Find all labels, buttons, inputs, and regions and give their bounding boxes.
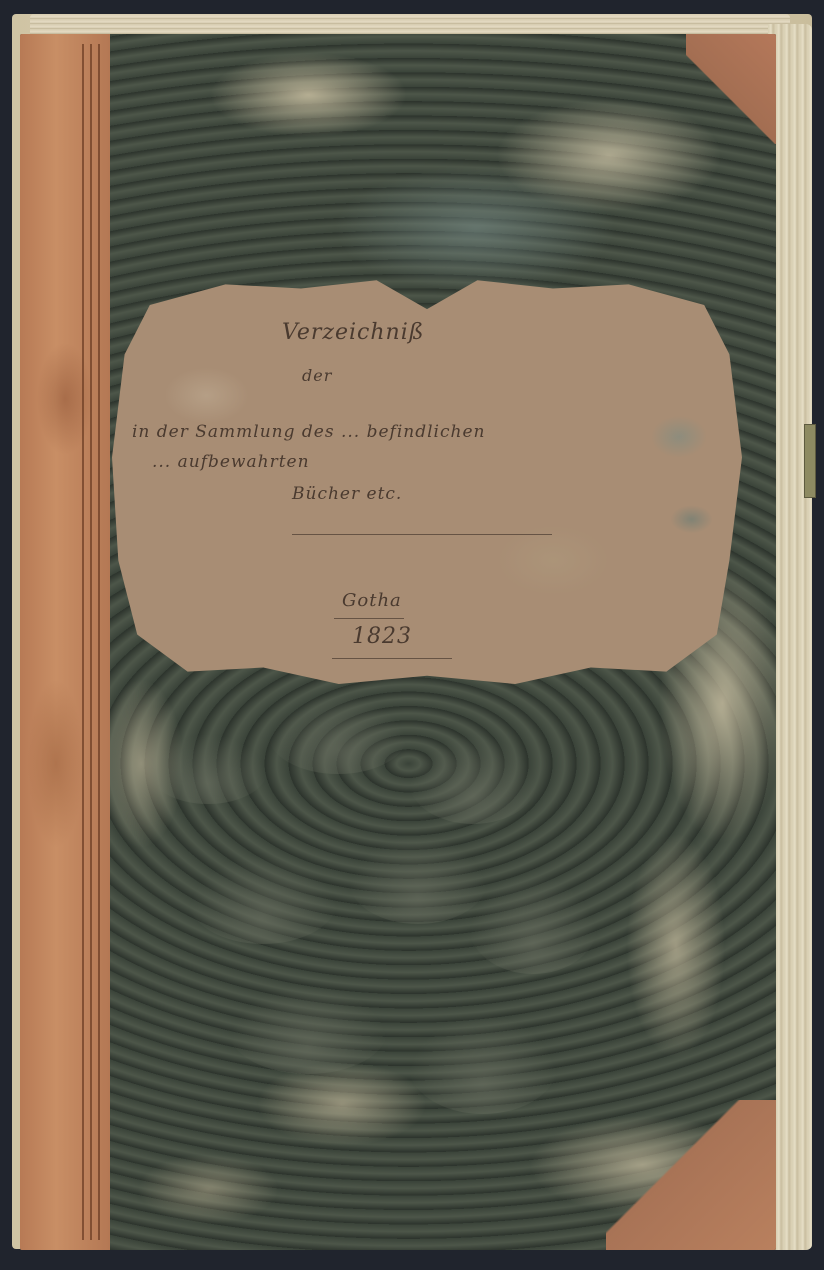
marble-pattern [148, 734, 268, 804]
label-line: ... aufbewahrten [152, 452, 310, 472]
marble-pattern [408, 1014, 558, 1114]
label-line: in der Sammlung des ... befindlichen [132, 422, 485, 442]
marble-pattern [348, 834, 488, 924]
marble-pattern [188, 854, 338, 944]
leather-corner-top-right [686, 34, 776, 144]
photo-scene: Verzeichniß der in der Sammlung des ... … [0, 0, 824, 1270]
marble-pattern [468, 874, 598, 974]
leather-spine [20, 34, 110, 1250]
spine-rule [98, 44, 100, 1240]
label-year: 1823 [352, 624, 412, 649]
label-line: Bücher etc. [292, 484, 402, 504]
year-underline [332, 658, 452, 659]
page-tab [804, 424, 816, 498]
book-cover: Verzeichniß der in der Sammlung des ... … [20, 34, 776, 1250]
place-underline [334, 618, 404, 619]
title-label: Verzeichniß der in der Sammlung des ... … [112, 272, 742, 684]
label-line: der [302, 366, 332, 385]
marble-pattern [408, 734, 538, 824]
marble-pattern [268, 694, 408, 774]
spine-rule [82, 44, 84, 1240]
label-place: Gotha [342, 590, 402, 611]
label-title: Verzeichniß [282, 320, 424, 345]
page-edges-top [30, 14, 790, 36]
marble-pattern [228, 984, 388, 1074]
spine-rule [90, 44, 92, 1240]
label-divider [292, 534, 552, 535]
leather-corner-bottom-right [606, 1100, 776, 1250]
